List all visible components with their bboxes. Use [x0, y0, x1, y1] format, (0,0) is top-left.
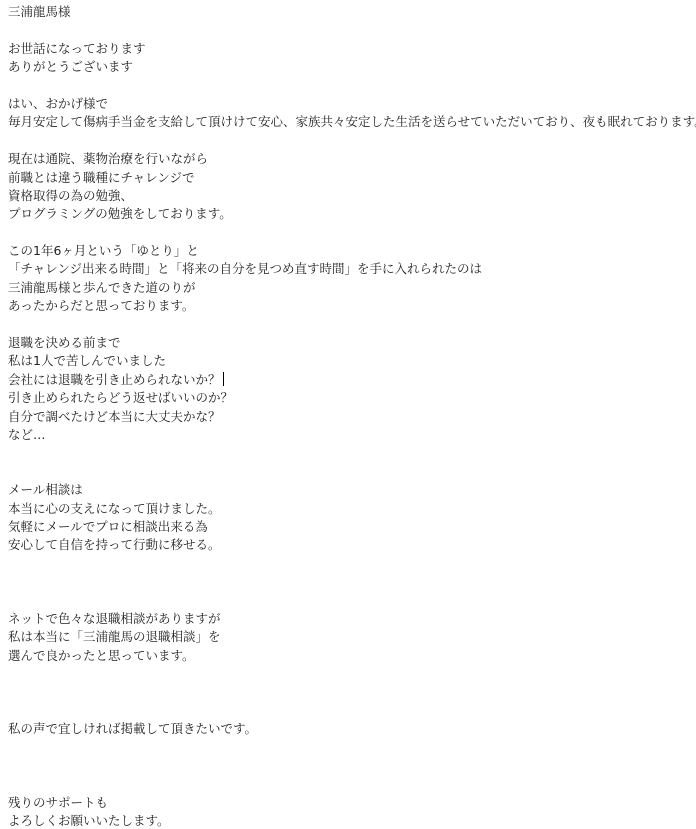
- blank-line: [8, 592, 696, 610]
- text-line: 私は本当に「三浦龍馬の退職相談」を: [8, 628, 696, 646]
- text-line: 資格取得の為の勉強、: [8, 187, 696, 205]
- text-line: この1年6ヶ月という「ゆとり」と: [8, 242, 696, 260]
- text-line: はい、おかげ様で: [8, 95, 696, 113]
- text-line: ネットで色々な退職相談がありますが: [8, 610, 696, 628]
- text-line: 現在は通院、薬物治療を行いながら: [8, 150, 696, 168]
- text-line: プログラミングの勉強をしております。: [8, 205, 696, 223]
- text-line: 前職とは違う職種にチャレンジで: [8, 169, 696, 187]
- blank-line: [8, 77, 696, 95]
- text-line: 残りのサポートも: [8, 794, 696, 812]
- text-line: 安心して自信を持って行動に移せる。: [8, 536, 696, 554]
- blank-line: [8, 757, 696, 775]
- blank-line: [8, 702, 696, 720]
- text-line: 自分で調べたけど本当に大丈夫かな？: [8, 408, 696, 426]
- blank-line: [8, 573, 696, 591]
- greeting-line: お世話になっております: [8, 40, 696, 58]
- text-line: 気軽にメールでプロに相談出来る為: [8, 518, 696, 536]
- blank-line: [8, 224, 696, 242]
- blank-line: [8, 683, 696, 701]
- blank-line: [8, 316, 696, 334]
- text-line: 「チャレンジ出来る時間」と「将来の自分を見つめ直す時間」を手に入れられたのは: [8, 260, 696, 278]
- text-line: 毎月安定して傷病手当金を支給して頂けけて安心、家族共々安定した生活を送らせていた…: [8, 113, 696, 131]
- thanks-line: ありがとうございます: [8, 58, 696, 76]
- text-line: 選んで良かったと思っています。: [8, 647, 696, 665]
- blank-line: [8, 463, 696, 481]
- blank-line: [8, 21, 696, 39]
- blank-line: [8, 775, 696, 793]
- blank-line: [8, 665, 696, 683]
- text-line: メール相談は: [8, 481, 696, 499]
- text-line: あったからだと思っております。: [8, 297, 696, 315]
- text-caret: [223, 372, 224, 386]
- text-line: など…: [8, 426, 696, 444]
- blank-line: [8, 555, 696, 573]
- text-line: 私の声で宜しければ掲載して頂きたいです。: [8, 720, 696, 738]
- text-line: 退職を決める前まで: [8, 334, 696, 352]
- text-line: 私は1人で苦しんでいました: [8, 352, 696, 370]
- text-line: 三浦龍馬様と歩んできた道のりが: [8, 279, 696, 297]
- text-line: 本当に心の支えになって頂けました。: [8, 500, 696, 518]
- salutation: 三浦龍馬様: [8, 3, 696, 21]
- blank-line: [8, 444, 696, 462]
- text-line: 会社には退職を引き止められないか？: [8, 372, 221, 387]
- blank-line: [8, 739, 696, 757]
- blank-line: [8, 132, 696, 150]
- text-line: 引き止められたらどう返せばいいのか？: [8, 389, 696, 407]
- text-line-with-caret: 会社には退職を引き止められないか？: [8, 371, 696, 389]
- closing-line: よろしくお願いいたします。: [8, 812, 696, 829]
- message-body[interactable]: 三浦龍馬様 お世話になっております ありがとうございます はい、おかげ様で 毎月…: [0, 0, 696, 829]
